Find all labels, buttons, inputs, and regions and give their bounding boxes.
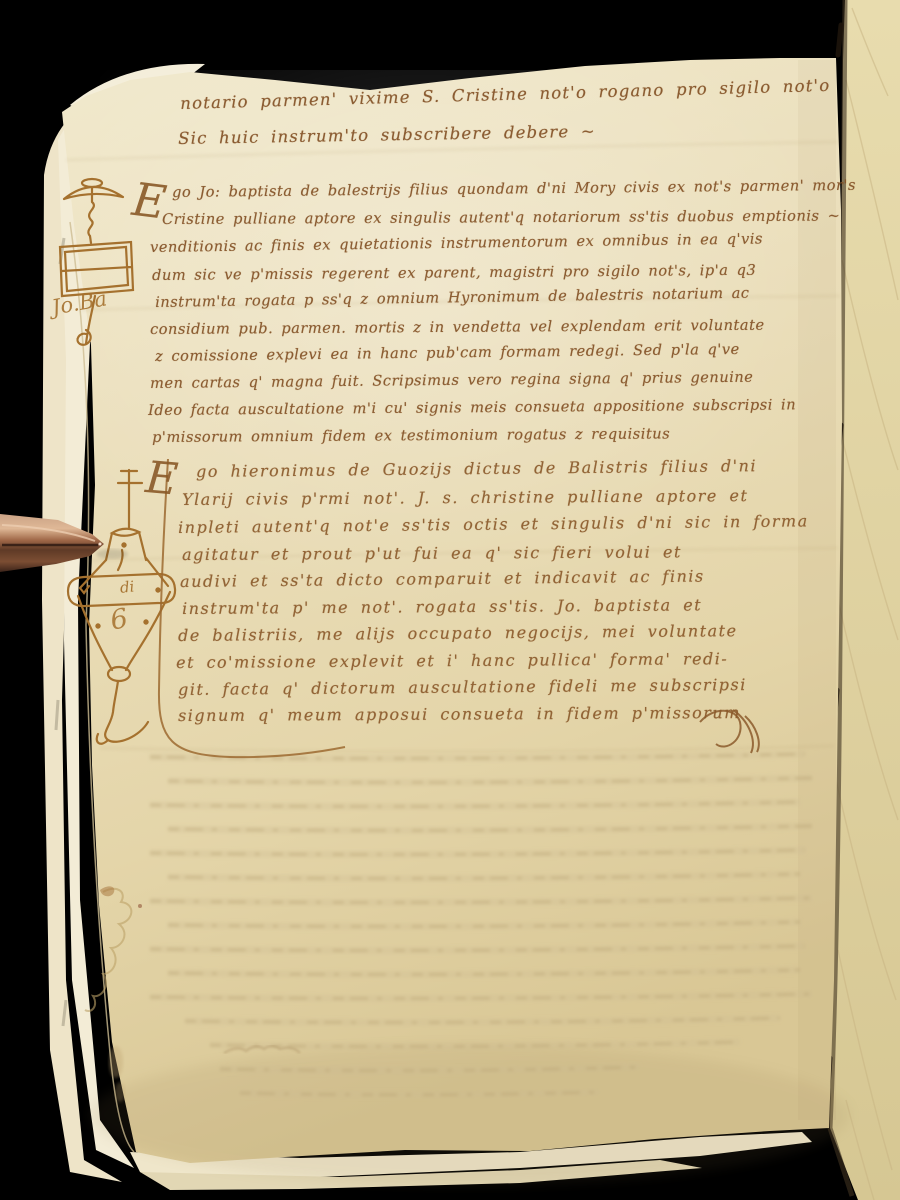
- sign2-letters: di: [119, 577, 135, 596]
- manuscript-line: p'missorum omnium fidem ex testimonium r…: [152, 425, 670, 446]
- manuscript-line: Ylarij civis p'rmi not'. J. s. christine…: [182, 486, 748, 509]
- manuscript-line: signum q' meum apposui consueta in fidem…: [178, 703, 741, 725]
- manuscript-line: instrum'ta p' me not'. rogata ss'tis. Jo…: [182, 595, 702, 618]
- manuscript-line: agitatur et prout p'ut fui ea q' sic fie…: [182, 542, 682, 564]
- paragraph2-initial: E: [144, 452, 180, 506]
- manuscript-line: et co'missione explevit et i' hanc pulli…: [176, 649, 728, 672]
- manuscript-line: Cristine pulliane aptore ex singulis aut…: [162, 207, 840, 228]
- bleedthrough-text: [150, 754, 812, 1095]
- manuscript-photograph: notario parmen' vixime S. Cristine not'o…: [0, 0, 900, 1200]
